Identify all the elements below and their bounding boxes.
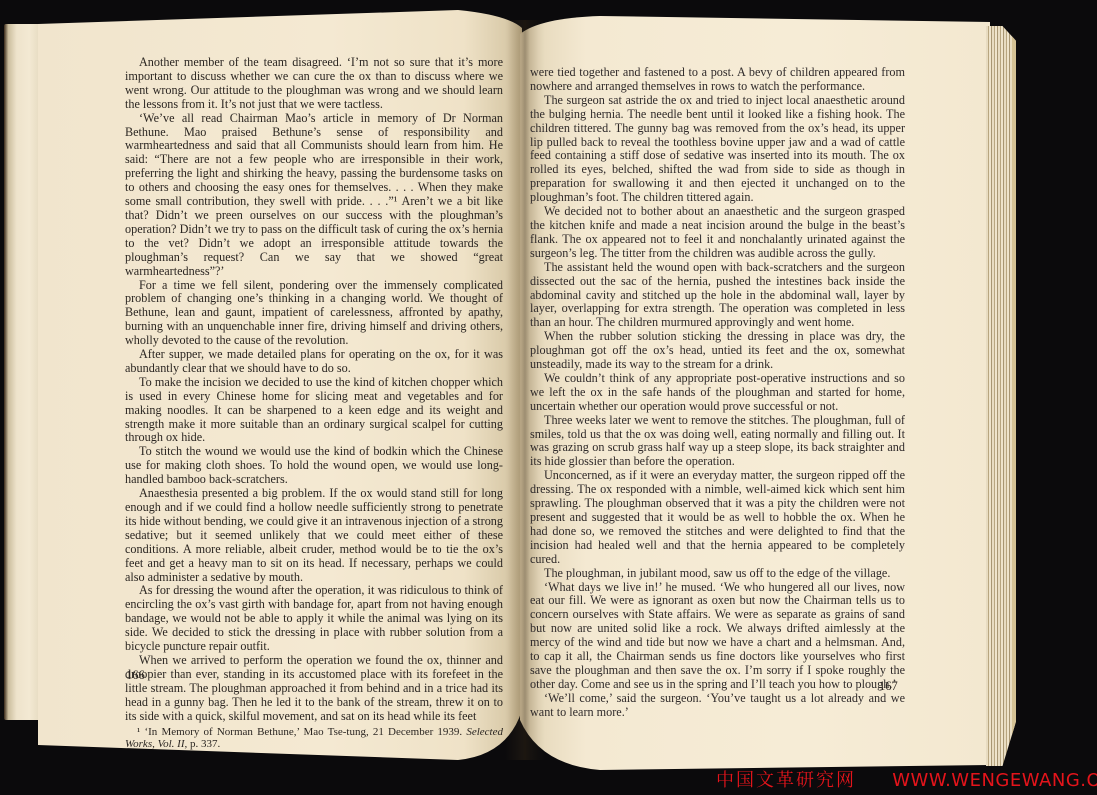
paragraph: were tied together and fastened to a pos… <box>530 66 905 94</box>
watermark-url: WWW.WENGEWANG.ORG <box>892 770 1097 791</box>
right-page-block-edge <box>986 26 1016 766</box>
paragraph: Three weeks later we went to remove the … <box>530 414 905 470</box>
paragraph: To make the incision we decided to use t… <box>125 376 503 446</box>
paragraph: When we arrived to perform the operation… <box>125 654 503 724</box>
paragraph: ‘What days we live in!’ he mused. ‘We wh… <box>530 581 905 692</box>
open-book: Another member of the team disagreed. ‘I… <box>0 0 1097 795</box>
footnote-tail: p. 337. <box>190 738 220 750</box>
paragraph: Another member of the team disagreed. ‘I… <box>125 56 503 112</box>
paragraph: The ploughman, in jubilant mood, saw us … <box>530 567 905 581</box>
paragraph: As for dressing the wound after the oper… <box>125 584 503 654</box>
paragraph: ‘We’ve all read Chairman Mao’s article i… <box>125 112 503 279</box>
footnote: ¹ ‘In Memory of Norman Bethune,’ Mao Tse… <box>125 726 503 751</box>
paragraph: To stitch the wound we would use the kin… <box>125 445 503 487</box>
paragraph: ‘We’ll come,’ said the surgeon. ‘You’ve … <box>530 692 905 720</box>
paragraph: The assistant held the wound open with b… <box>530 261 905 331</box>
paragraph: Anaesthesia presented a big problem. If … <box>125 487 503 584</box>
paragraph: We couldn’t think of any appropriate pos… <box>530 372 905 414</box>
paragraph: When the rubber solution sticking the dr… <box>530 330 905 372</box>
watermark-chinese: 中国文革研究网 <box>716 770 856 791</box>
watermark: 中国文革研究网 WWW.WENGEWANG.ORG <box>716 766 1097 792</box>
left-page-text: Another member of the team disagreed. ‘I… <box>125 56 503 751</box>
right-page-text: were tied together and fastened to a pos… <box>530 66 905 720</box>
footnote-marker: ¹ <box>137 726 140 738</box>
paragraph: Unconcerned, as if it were an everyday m… <box>530 469 905 566</box>
paragraph: For a time we fell silent, pondering ove… <box>125 279 503 349</box>
paragraph: After supper, we made detailed plans for… <box>125 348 503 376</box>
paragraph: We decided not to bother about an anaest… <box>530 205 905 261</box>
page-number-right: 167 <box>879 679 898 694</box>
page-number-left: 166 <box>126 668 145 683</box>
footnote-text: ‘In Memory of Norman Bethune,’ Mao Tse-t… <box>144 726 462 738</box>
paragraph: The surgeon sat astride the ox and tried… <box>530 94 905 205</box>
left-page-block-edge <box>4 24 40 720</box>
